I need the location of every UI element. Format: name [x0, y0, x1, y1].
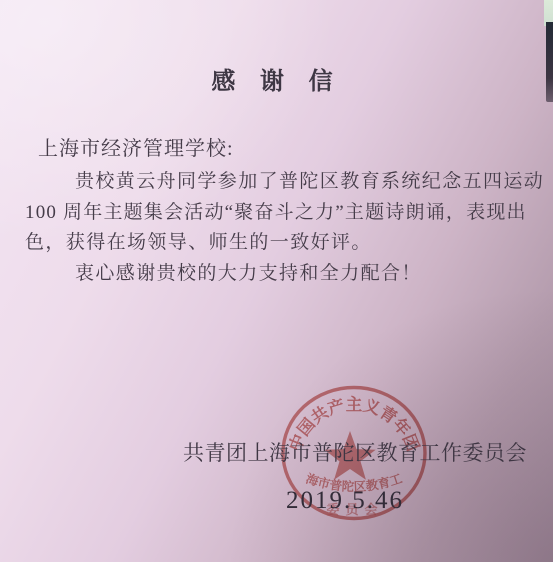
photo-edge-shadow [546, 22, 553, 102]
body-line: 100 周年主题集会活动“聚奋斗之力”主题诗朗诵，表现出 [25, 197, 527, 224]
letter-addressee: 上海市经济管理学校: [38, 132, 234, 161]
letter-photo: 感 谢 信 上海市经济管理学校: 贵校黄云舟同学参加了普陀区教育系统纪念五四运动… [0, 0, 553, 562]
body-line: 贵校黄云舟同学参加了普陀区教育系统纪念五四运动 [75, 166, 544, 193]
signature-org: 共青团上海市普陀区教育工作委员会 [183, 437, 527, 467]
body-line: 色，获得在场领导、师生的一致好评。 [25, 227, 372, 254]
letter-title: 感 谢 信 [0, 61, 553, 96]
body-line: 衷心感谢贵校的大力支持和全力配合！ [75, 258, 422, 285]
letter-date: 2019.5.46 [286, 487, 404, 515]
